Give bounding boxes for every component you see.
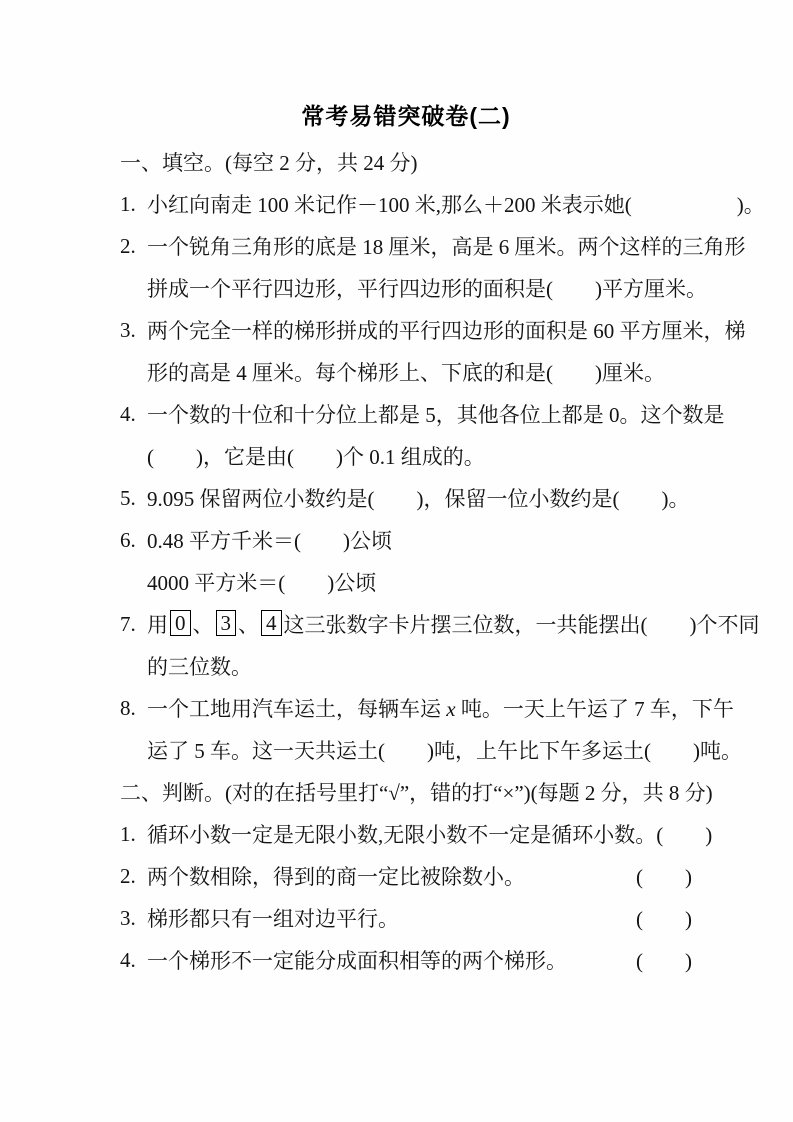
question-8-number: 8.	[120, 696, 147, 721]
judgment-2-text: 两个数相除，得到的商一定比被除数小。	[147, 861, 525, 891]
judgment-4: 4. 一个梯形不一定能分成面积相等的两个梯形。 ( )	[120, 939, 692, 981]
digit-card-0: 0	[170, 610, 191, 636]
question-1-text: 小红向南走 100 米记作－100 米,那么＋200 米表示她( )。	[147, 189, 765, 219]
question-6-continuation: 4000 平方米＝( )公顷	[120, 561, 692, 603]
question-6-text-line-1: 0.48 平方千米＝( )公顷	[147, 525, 392, 555]
section-1-heading: 一、填空。(每空 2 分，共 24 分)	[120, 141, 692, 183]
judgment-1-text: 循环小数一定是无限小数,无限小数不一定是循环小数。	[147, 819, 656, 849]
question-8-text-line-1: 一个工地用汽车运土，每辆车运 x 吨。一天上午运了 7 车，下午	[147, 693, 734, 723]
question-4-continuation: ( )，它是由( )个 0.1 组成的。	[120, 435, 692, 477]
worksheet-page: 常考易错突破卷(二) 一、填空。(每空 2 分，共 24 分) 1. 小红向南走…	[0, 0, 793, 1122]
question-6-text-line-2: 4000 平方米＝( )公顷	[147, 567, 376, 597]
question-3: 3. 两个完全一样的梯形拼成的平行四边形的面积是 60 平方厘米，梯	[120, 309, 692, 351]
digit-card-4: 4	[261, 610, 282, 636]
judgment-4-statement: 4. 一个梯形不一定能分成面积相等的两个梯形。	[120, 945, 567, 975]
question-3-text-line-1: 两个完全一样的梯形拼成的平行四边形的面积是 60 平方厘米，梯	[147, 315, 746, 345]
question-8-after-variable: 吨。一天上午运了 7 车，下午	[456, 697, 734, 721]
question-7-text-line-2: 的三位数。	[147, 651, 252, 681]
worksheet-content: 常考易错突破卷(二) 一、填空。(每空 2 分，共 24 分) 1. 小红向南走…	[120, 103, 692, 981]
question-7-after-cards: 这三张数字卡片摆三位数，一共能摆出( )个不同	[284, 613, 760, 637]
judgment-1-number: 1.	[120, 822, 147, 847]
judgment-3-text: 梯形都只有一组对边平行。	[147, 903, 399, 933]
judgment-2: 2. 两个数相除，得到的商一定比被除数小。 ( )	[120, 855, 692, 897]
question-7-continuation: 的三位数。	[120, 645, 692, 687]
question-6-number: 6.	[120, 528, 147, 553]
question-1-number: 1.	[120, 192, 147, 217]
question-4-text-line-2: ( )，它是由( )个 0.1 组成的。	[147, 441, 485, 471]
judgment-3: 3. 梯形都只有一组对边平行。 ( )	[120, 897, 692, 939]
question-2: 2. 一个锐角三角形的底是 18 厘米，高是 6 厘米。两个这样的三角形	[120, 225, 692, 267]
judgment-4-text: 一个梯形不一定能分成面积相等的两个梯形。	[147, 945, 567, 975]
question-5: 5. 9.095 保留两位小数约是( )，保留一位小数约是( )。	[120, 477, 692, 519]
card-separator-1: 、	[193, 613, 214, 637]
judgment-2-number: 2.	[120, 864, 147, 889]
judgment-4-number: 4.	[120, 948, 147, 973]
question-8-continuation: 运了 5 车。这一天共运土( )吨，上午比下午多运土( )吨。	[120, 729, 692, 771]
question-7-text-line-1: 用0、3、4这三张数字卡片摆三位数，一共能摆出( )个不同	[147, 609, 759, 639]
judgment-3-statement: 3. 梯形都只有一组对边平行。	[120, 903, 399, 933]
question-2-text-line-2: 拼成一个平行四边形，平行四边形的面积是( )平方厘米。	[147, 273, 707, 303]
judgment-1: 1. 循环小数一定是无限小数,无限小数不一定是循环小数。 ( )	[120, 813, 692, 855]
card-separator-2: 、	[238, 613, 259, 637]
question-4-text-line-1: 一个数的十位和十分位上都是 5，其他各位上都是 0。这个数是	[147, 399, 725, 429]
judgment-3-number: 3.	[120, 906, 147, 931]
question-3-text-line-2: 形的高是 4 厘米。每个梯形上、下底的和是( )厘米。	[147, 357, 665, 387]
judgment-2-statement: 2. 两个数相除，得到的商一定比被除数小。	[120, 861, 525, 891]
section-2-heading: 二、判断。(对的在括号里打“√”，错的打“×”)(每题 2 分，共 8 分)	[120, 771, 692, 813]
judgment-2-answer-parens: ( )	[636, 861, 692, 891]
question-2-continuation: 拼成一个平行四边形，平行四边形的面积是( )平方厘米。	[120, 267, 692, 309]
question-8-text-line-2: 运了 5 车。这一天共运土( )吨，上午比下午多运土( )吨。	[147, 735, 742, 765]
judgment-3-answer-parens: ( )	[636, 903, 692, 933]
question-4: 4. 一个数的十位和十分位上都是 5，其他各位上都是 0。这个数是	[120, 393, 692, 435]
question-7: 7. 用0、3、4这三张数字卡片摆三位数，一共能摆出( )个不同	[120, 603, 692, 645]
digit-card-3: 3	[216, 610, 237, 636]
question-2-number: 2.	[120, 234, 147, 259]
page-title: 常考易错突破卷(二)	[120, 103, 692, 130]
question-6: 6. 0.48 平方千米＝( )公顷	[120, 519, 692, 561]
judgment-1-statement: 1. 循环小数一定是无限小数,无限小数不一定是循环小数。	[120, 819, 656, 849]
question-7-number: 7.	[120, 612, 147, 637]
question-8-before-variable: 一个工地用汽车运土，每辆车运	[147, 697, 446, 721]
question-3-continuation: 形的高是 4 厘米。每个梯形上、下底的和是( )厘米。	[120, 351, 692, 393]
question-8: 8. 一个工地用汽车运土，每辆车运 x 吨。一天上午运了 7 车，下午	[120, 687, 692, 729]
question-1: 1. 小红向南走 100 米记作－100 米,那么＋200 米表示她( )。	[120, 183, 692, 225]
judgment-4-answer-parens: ( )	[636, 945, 692, 975]
question-2-text-line-1: 一个锐角三角形的底是 18 厘米，高是 6 厘米。两个这样的三角形	[147, 231, 746, 261]
question-4-number: 4.	[120, 402, 147, 427]
question-5-number: 5.	[120, 486, 147, 511]
question-7-prefix: 用	[147, 613, 168, 637]
judgment-1-answer-parens: ( )	[656, 819, 712, 849]
worksheet-body: 一、填空。(每空 2 分，共 24 分) 1. 小红向南走 100 米记作－10…	[120, 141, 692, 981]
question-3-number: 3.	[120, 318, 147, 343]
question-5-text: 9.095 保留两位小数约是( )，保留一位小数约是( )。	[147, 483, 689, 513]
question-8-variable: x	[446, 697, 455, 721]
